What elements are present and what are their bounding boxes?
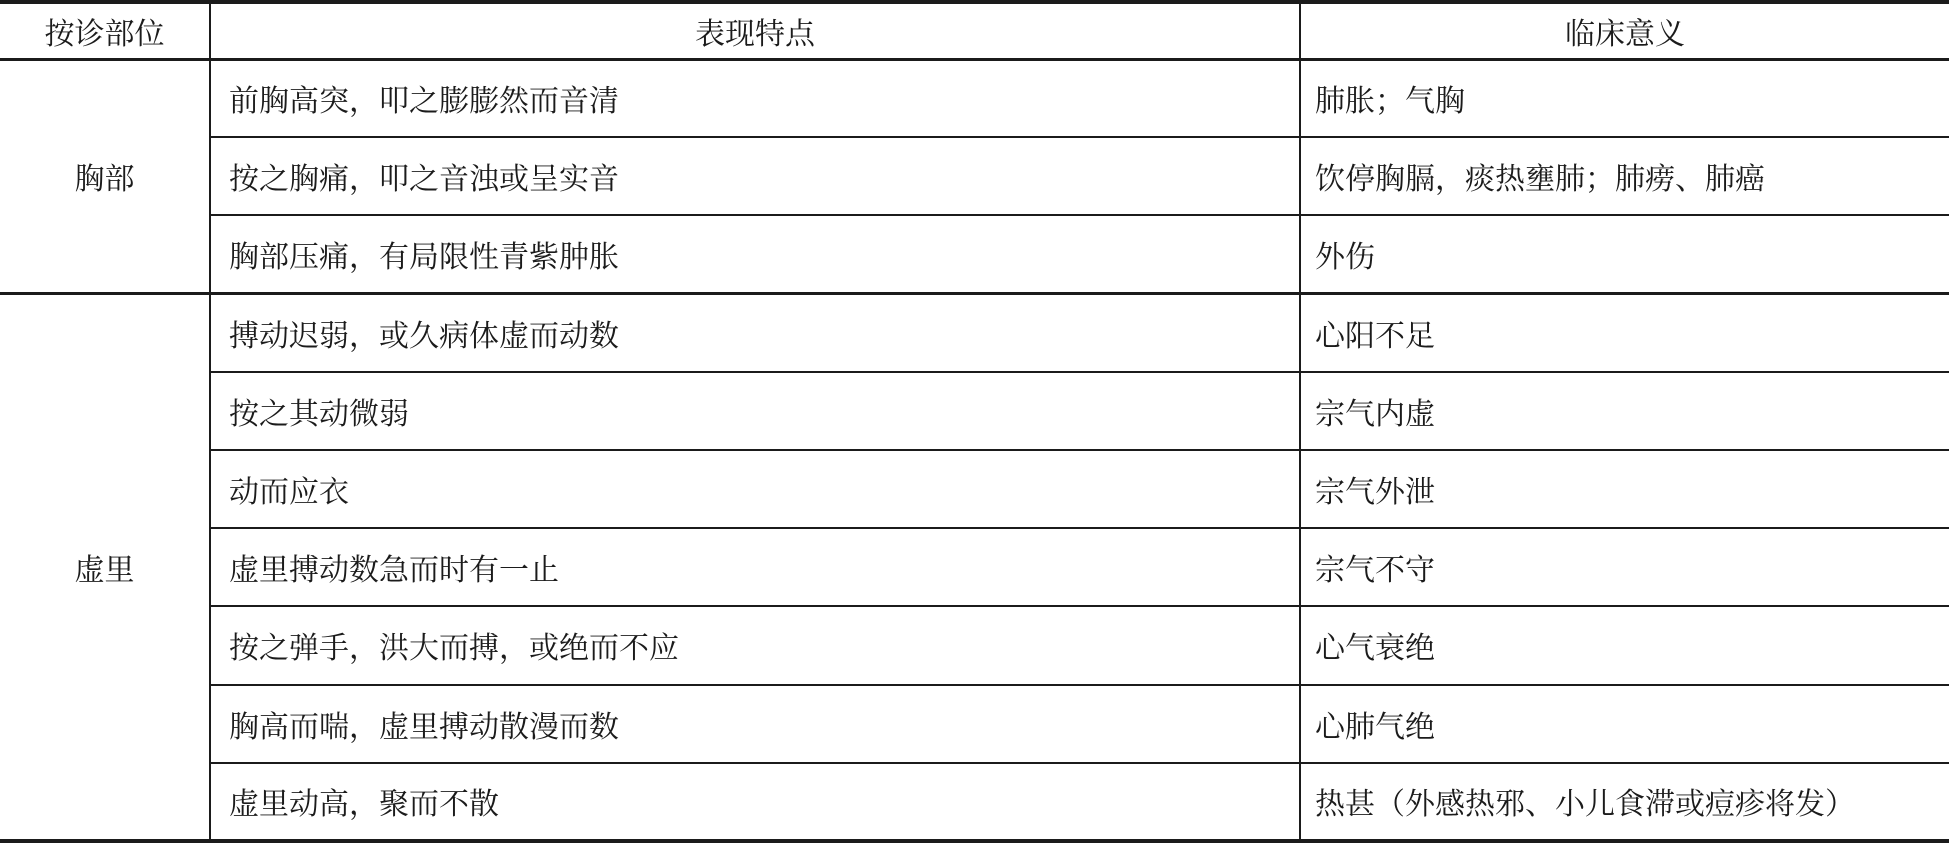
feature-cell: 虚里搏动数急而时有一止 xyxy=(210,528,1300,606)
location-cell-xuli: 虚里 xyxy=(0,294,210,841)
table-row: 按之其动微弱 宗气内虚 xyxy=(0,372,1949,450)
column-header-feature: 表现特点 xyxy=(210,2,1300,59)
table-row: 按之胸痛，叩之音浊或呈实音 饮停胸膈，痰热壅肺；肺痨、肺癌 xyxy=(0,137,1949,215)
feature-cell: 搏动迟弱，或久病体虚而动数 xyxy=(210,294,1300,372)
palpation-diagnosis-table: 按诊部位 表现特点 临床意义 胸部 前胸高突，叩之膨膨然而音清 肺胀；气胸 按之… xyxy=(0,0,1949,843)
feature-cell: 胸部压痛，有局限性青紫肿胀 xyxy=(210,215,1300,293)
significance-cell: 肺胀；气胸 xyxy=(1300,59,1949,137)
feature-cell: 按之其动微弱 xyxy=(210,372,1300,450)
feature-cell: 按之胸痛，叩之音浊或呈实音 xyxy=(210,137,1300,215)
header-row: 按诊部位 表现特点 临床意义 xyxy=(0,2,1949,59)
significance-cell: 心肺气绝 xyxy=(1300,685,1949,763)
significance-cell: 宗气不守 xyxy=(1300,528,1949,606)
significance-cell: 外伤 xyxy=(1300,215,1949,293)
feature-cell: 胸高而喘，虚里搏动散漫而数 xyxy=(210,685,1300,763)
location-cell-chest: 胸部 xyxy=(0,59,210,294)
significance-cell: 热甚（外感热邪、小儿食滞或痘疹将发） xyxy=(1300,763,1949,841)
table-row: 虚里 搏动迟弱，或久病体虚而动数 心阳不足 xyxy=(0,294,1949,372)
feature-cell: 虚里动高，聚而不散 xyxy=(210,763,1300,841)
table-row: 按之弹手，洪大而搏，或绝而不应 心气衰绝 xyxy=(0,606,1949,684)
significance-cell: 心气衰绝 xyxy=(1300,606,1949,684)
column-header-location: 按诊部位 xyxy=(0,2,210,59)
significance-cell: 饮停胸膈，痰热壅肺；肺痨、肺癌 xyxy=(1300,137,1949,215)
table-row: 胸部 前胸高突，叩之膨膨然而音清 肺胀；气胸 xyxy=(0,59,1949,137)
feature-cell: 动而应衣 xyxy=(210,450,1300,528)
table-row: 胸高而喘，虚里搏动散漫而数 心肺气绝 xyxy=(0,685,1949,763)
feature-cell: 前胸高突，叩之膨膨然而音清 xyxy=(210,59,1300,137)
table-row: 虚里搏动数急而时有一止 宗气不守 xyxy=(0,528,1949,606)
significance-cell: 心阳不足 xyxy=(1300,294,1949,372)
column-header-significance: 临床意义 xyxy=(1300,2,1949,59)
table-row: 虚里动高，聚而不散 热甚（外感热邪、小儿食滞或痘疹将发） xyxy=(0,763,1949,841)
feature-cell: 按之弹手，洪大而搏，或绝而不应 xyxy=(210,606,1300,684)
significance-cell: 宗气外泄 xyxy=(1300,450,1949,528)
table-row: 胸部压痛，有局限性青紫肿胀 外伤 xyxy=(0,215,1949,293)
table-row: 动而应衣 宗气外泄 xyxy=(0,450,1949,528)
significance-cell: 宗气内虚 xyxy=(1300,372,1949,450)
